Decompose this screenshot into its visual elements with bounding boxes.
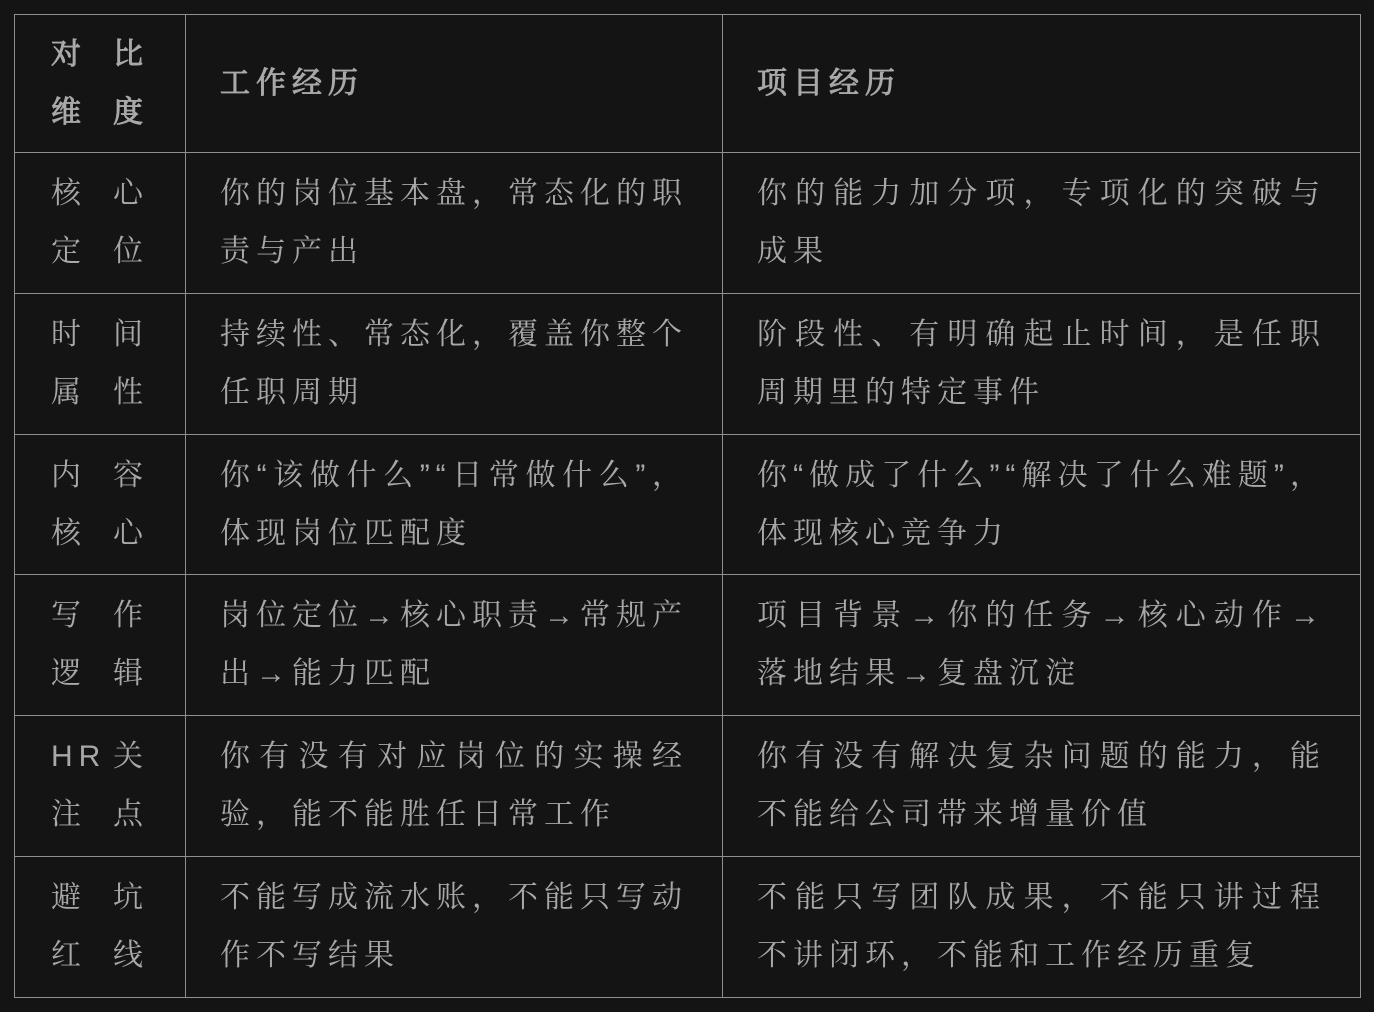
row-work-cell: 持续性、常态化，覆盖你整个任职周期	[186, 293, 723, 434]
header-dimension: 对比维度	[15, 15, 186, 153]
table-row: 内容核心 你“该做什么”“日常做什么”，体现岗位匹配度 你“做成了什么”“解决了…	[15, 434, 1361, 575]
table-row: 时间属性 持续性、常态化，覆盖你整个任职周期 阶段性、有明确起止时间，是任职周期…	[15, 293, 1361, 434]
table-row: 避坑红线 不能写成流水账，不能只写动作不写结果 不能只写团队成果，不能只讲过程不…	[15, 857, 1361, 998]
row-work-cell: 岗位定位→核心职责→常规产出→能力匹配	[186, 575, 723, 716]
header-row: 对比维度 工作经历 项目经历	[15, 15, 1361, 153]
row-label-cell: 内容核心	[15, 434, 186, 575]
table-row: 核心定位 你的岗位基本盘，常态化的职责与产出 你的能力加分项，专项化的突破与成果	[15, 153, 1361, 294]
row-work-cell: 你有没有对应岗位的实操经验，能不能胜任日常工作	[186, 716, 723, 857]
row-label-cell: 避坑红线	[15, 857, 186, 998]
comparison-table: 对比维度 工作经历 项目经历 核心定位 你的岗位基本盘，常态化的职责与产出 你的…	[14, 14, 1361, 998]
row-project-cell: 阶段性、有明确起止时间，是任职周期里的特定事件	[723, 293, 1361, 434]
row-project-cell: 你有没有解决复杂问题的能力，能不能给公司带来增量价值	[723, 716, 1361, 857]
row-project-cell: 你的能力加分项，专项化的突破与成果	[723, 153, 1361, 294]
row-label-cell: HR关注点	[15, 716, 186, 857]
header-project: 项目经历	[723, 15, 1361, 153]
table-row: HR关注点 你有没有对应岗位的实操经验，能不能胜任日常工作 你有没有解决复杂问题…	[15, 716, 1361, 857]
header-work: 工作经历	[186, 15, 723, 153]
row-work-cell: 不能写成流水账，不能只写动作不写结果	[186, 857, 723, 998]
row-label-cell: 核心定位	[15, 153, 186, 294]
row-project-cell: 你“做成了什么”“解决了什么难题”，体现核心竞争力	[723, 434, 1361, 575]
row-project-cell: 项目背景→你的任务→核心动作→落地结果→复盘沉淀	[723, 575, 1361, 716]
row-label-cell: 时间属性	[15, 293, 186, 434]
row-work-cell: 你的岗位基本盘，常态化的职责与产出	[186, 153, 723, 294]
row-project-cell: 不能只写团队成果，不能只讲过程不讲闭环，不能和工作经历重复	[723, 857, 1361, 998]
table-row: 写作逻辑 岗位定位→核心职责→常规产出→能力匹配 项目背景→你的任务→核心动作→…	[15, 575, 1361, 716]
row-label-cell: 写作逻辑	[15, 575, 186, 716]
row-work-cell: 你“该做什么”“日常做什么”，体现岗位匹配度	[186, 434, 723, 575]
